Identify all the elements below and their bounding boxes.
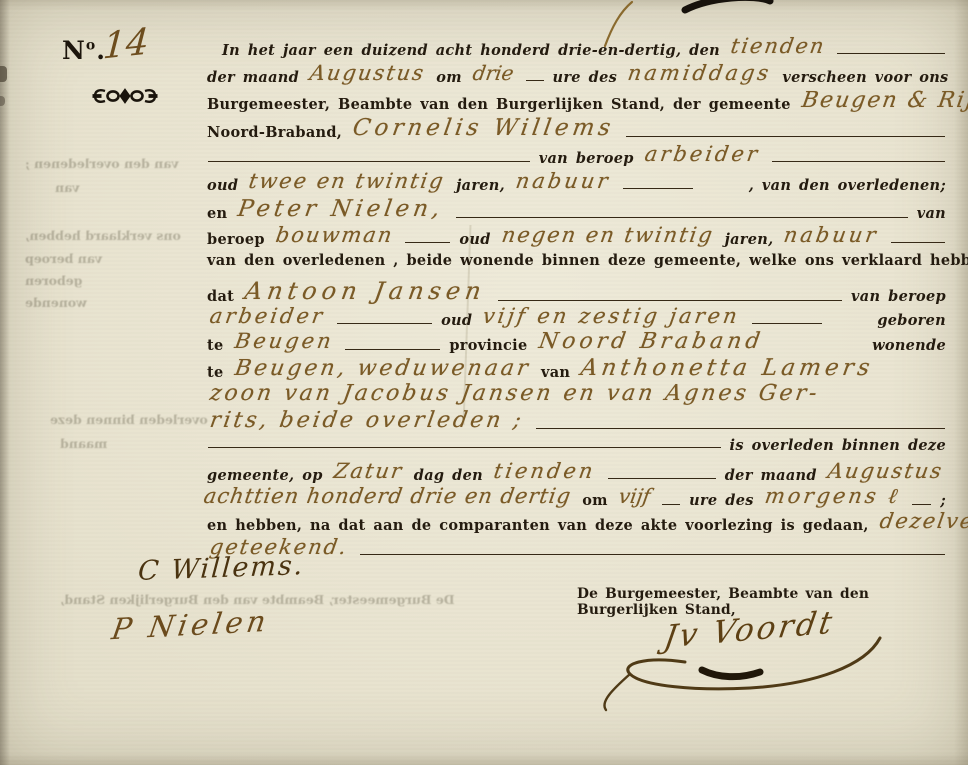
printed-text: om: [582, 492, 608, 509]
printed-text: In het jaar een duizend acht honderd dri…: [222, 42, 720, 59]
handwritten-text: drie: [471, 61, 515, 85]
fill-rule: [752, 323, 822, 324]
printed-text: is overleden binnen deze: [730, 437, 946, 454]
document-line-11: arbeideroudvijf en zestig jarengeboren: [203, 306, 950, 330]
document-line-8: beroepbouwmanoudnegen en twintigjaren,na…: [203, 225, 950, 249]
printed-text: provincie: [449, 337, 527, 354]
fill-rule: [912, 504, 931, 505]
fill-rule: [891, 242, 945, 243]
handwritten-text: Zatur: [332, 459, 405, 483]
handwritten-text: tienden: [492, 459, 597, 483]
printed-text: oud: [459, 231, 490, 248]
fill-rule: [360, 554, 945, 555]
printed-text: beroep: [207, 231, 265, 248]
bleedthrough-text: geboren: [25, 273, 82, 288]
printed-text: ;: [940, 492, 946, 509]
printed-text: dag den: [414, 467, 483, 484]
handwritten-text: morgens ℓ: [763, 484, 902, 509]
printed-text: van: [541, 364, 570, 381]
document-line-18: achttien honderd drie en dertigomvijfure…: [197, 486, 950, 511]
handwritten-text: Beugen, weduwenaar: [233, 356, 532, 381]
printed-text: om: [436, 69, 462, 86]
record-number-label: No.: [62, 36, 106, 65]
printed-text: van beroep: [851, 288, 946, 305]
printed-text: te: [207, 364, 224, 381]
printed-text: ure des: [689, 492, 754, 509]
signature-flourish-icon: [590, 608, 900, 718]
handwritten-text: Cornelis Willems: [351, 115, 616, 141]
printed-text: dat: [207, 288, 234, 305]
printed-text: te: [207, 337, 224, 354]
bleedthrough-text: overleden binnen deze: [50, 412, 208, 427]
printed-text: van: [917, 205, 946, 222]
paper-edge-mark: [0, 96, 5, 106]
handwritten-text: Antoon Jansen: [243, 277, 488, 305]
fill-rule: [498, 300, 842, 301]
fill-rule: [526, 80, 544, 81]
bleedthrough-text: van den overledenen ;: [25, 156, 179, 171]
signature-witness-2: P Nielen: [109, 604, 272, 647]
document-line-20: geteekend.: [203, 537, 950, 561]
handwritten-text: bouwman: [274, 223, 395, 247]
fill-rule: [626, 136, 945, 137]
ornament-fleuron-icon: [92, 86, 158, 106]
record-number-value: 14: [102, 21, 150, 67]
record-number-sup: o: [86, 38, 96, 54]
document-line-1: In het jaar een duizend acht honderd dri…: [218, 36, 950, 60]
paper-edge-mark: [0, 66, 7, 82]
handwritten-text: Augustus: [826, 459, 945, 483]
handwritten-text: namiddags: [626, 61, 773, 85]
document-line-7: enPeter Nielen,van: [203, 198, 950, 224]
printed-text: oud: [441, 312, 472, 329]
printed-text: verscheen voor ons: [782, 69, 948, 86]
printed-text: en: [207, 205, 227, 222]
printed-text: jaren,: [456, 177, 505, 194]
fill-rule: [208, 447, 721, 448]
document-line-12: teBeugenprovincieNoord Brabandwonende: [203, 331, 950, 356]
handwritten-text: Anthonetta Lamers: [579, 355, 876, 381]
handwritten-text: Noord Braband: [537, 329, 766, 354]
printed-text: Burgemeester, Beambte van den Burgerlijk…: [207, 96, 791, 113]
document-line-15: rits, beide overleden ;: [203, 410, 950, 435]
handwritten-text: rits, beide overleden ;: [208, 408, 526, 433]
fill-rule: [662, 504, 680, 505]
document-line-13: teBeugen, weduwenaarvanAnthonetta Lamers: [203, 357, 950, 383]
handwritten-text: achttien honderd drie en dertig: [202, 484, 573, 508]
document-line-9: van den overledenen , beide wonende binn…: [203, 252, 950, 269]
printed-text: der maand: [725, 467, 817, 484]
handwritten-text: arbeider: [643, 142, 762, 166]
handwritten-text: dezelve met ons: [878, 509, 968, 533]
fill-rule: [608, 478, 716, 479]
handwritten-text: tienden: [729, 34, 827, 58]
bleedthrough-text: ons verklaard hebben,: [25, 228, 181, 243]
bleedthrough-text: wonende: [25, 295, 87, 310]
handwritten-text: nabuur: [783, 223, 881, 247]
fill-rule: [772, 161, 945, 162]
printed-text: ure des: [553, 69, 618, 86]
printed-text: jaren,: [725, 231, 774, 248]
handwritten-text: Augustus: [308, 61, 427, 85]
death-record-document: No. 14 In het jaar een duizend acht hond…: [0, 0, 968, 765]
printed-text: en hebben, na dat aan de comparanten van…: [207, 517, 869, 534]
bleedthrough-text: maand: [60, 436, 107, 451]
document-line-5: van beroeparbeider: [203, 144, 950, 168]
fill-rule: [837, 53, 945, 54]
handwritten-text: vijf en zestig jaren: [481, 304, 742, 328]
handwritten-text: negen en twintig: [500, 223, 716, 247]
document-line-19: en hebben, na dat aan de comparanten van…: [203, 511, 950, 535]
handwritten-text: arbeider: [208, 304, 327, 328]
fill-rule: [456, 217, 908, 218]
handwritten-text: nabuur: [514, 169, 612, 193]
handwritten-text: Beugen: [233, 329, 336, 353]
document-line-10: datAntoon Jansenvan beroep: [203, 279, 950, 307]
printed-text: van beroep: [539, 150, 634, 167]
document-line-6: oudtwee en twintigjaren,nabuur, van den …: [203, 171, 950, 195]
handwritten-text: Peter Nielen,: [236, 196, 446, 222]
handwritten-text: twee en twintig: [247, 169, 447, 193]
document-line-14: zoon van Jacobus Jansen en van Agnes Ger…: [203, 383, 950, 408]
printed-text: wonende: [872, 337, 946, 354]
handwritten-text: vijf: [617, 484, 652, 508]
bleedthrough-text: van: [55, 180, 79, 195]
printed-text: , van den overledenen;: [749, 177, 946, 194]
printed-text: geboren: [877, 312, 946, 329]
printed-text: oud: [207, 177, 238, 194]
printed-text: gemeente, op: [207, 467, 323, 484]
fill-rule: [337, 323, 432, 324]
document-line-3: Burgemeester, Beambte van den Burgerlijk…: [203, 90, 950, 115]
bleedthrough-text: van beroep: [25, 251, 102, 266]
printed-text: Noord-Braband,: [207, 124, 342, 141]
handwritten-text: Beugen & Rijkevoort: [800, 88, 968, 113]
fill-rule: [536, 428, 945, 429]
handwritten-text: zoon van Jacobus Jansen en van Agnes Ger…: [208, 381, 821, 406]
document-line-4: Noord-Braband,Cornelis Willems: [203, 117, 950, 143]
printed-text: der maand: [207, 69, 299, 86]
fill-rule: [208, 161, 530, 162]
fill-rule: [345, 349, 440, 350]
document-line-17: gemeente, opZaturdag dentiendender maand…: [203, 461, 950, 485]
printed-text: van den overledenen , beide wonende binn…: [207, 252, 968, 269]
document-line-16: is overleden binnen deze: [203, 437, 950, 454]
signature-witness-1: C Willems.: [137, 550, 306, 587]
fill-rule: [623, 188, 693, 189]
fill-rule: [405, 242, 450, 243]
document-line-2: der maandAugustusomdrieure desnamiddagsv…: [203, 63, 950, 87]
